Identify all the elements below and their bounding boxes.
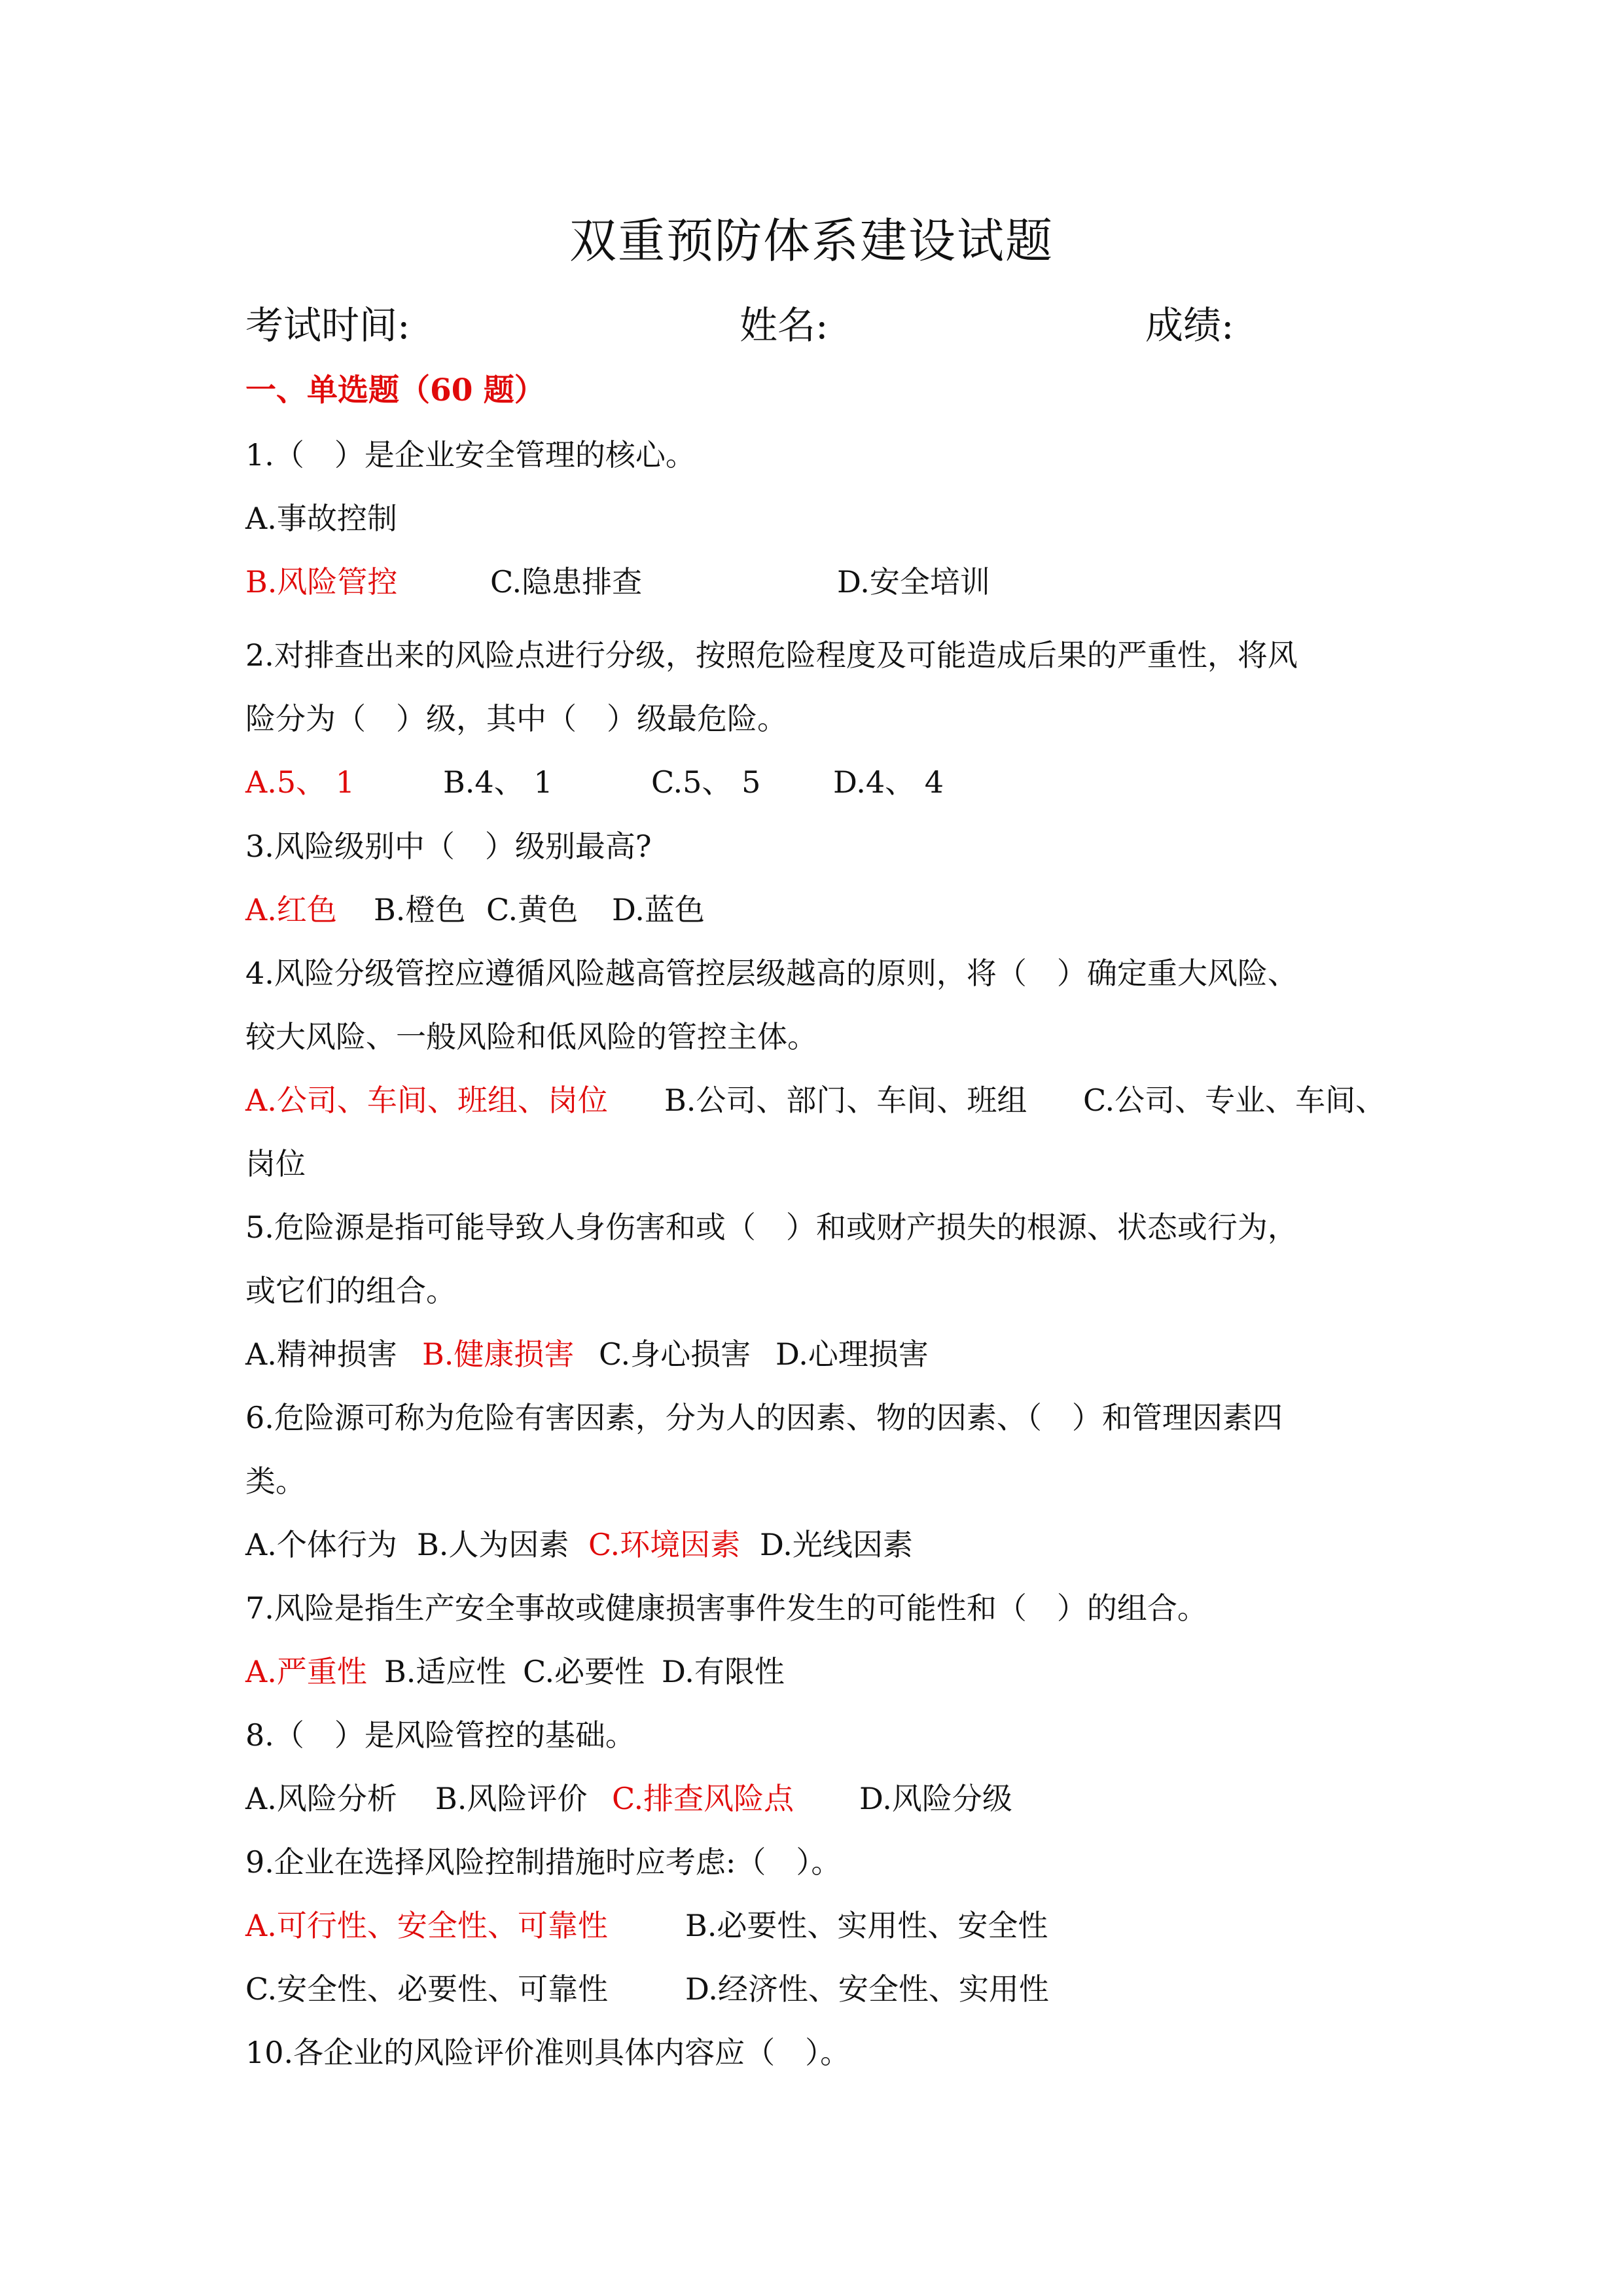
question-9-options-line-1: A.可行性、安全性、可靠性B.必要性、实用性、安全性 xyxy=(245,1903,1048,1948)
question-6-options: A.个体行为B.人为因素C.环境因素D.光线因素 xyxy=(245,1522,913,1568)
option-5-b-correct: B.健康损害 xyxy=(422,1331,599,1377)
option-3-a-correct: A.红色 xyxy=(245,887,374,933)
question-8-stem: 8.（ ）是风险管控的基础。 xyxy=(245,1712,635,1758)
option-6-d: D.光线因素 xyxy=(760,1522,913,1568)
option-7-b: B.适应性 xyxy=(384,1649,523,1695)
exam-info-row: 考试时间: 姓名: 成绩: xyxy=(245,296,1423,355)
option-5-a: A.精神损害 xyxy=(245,1331,422,1377)
option-2-a-correct: A.5、 1 xyxy=(245,759,443,805)
option-1-b-correct: B.风险管控 xyxy=(245,559,490,605)
option-1-c: C.隐患排查 xyxy=(490,559,837,605)
option-4-b: B.公司、部门、车间、班组 xyxy=(664,1077,1083,1123)
question-4-stem-line-1: 4.风险分级管控应遵循风险越高管控层级越高的原则，将（ ）确定重大风险、 xyxy=(245,950,1298,996)
score-label: 成绩: xyxy=(1145,296,1234,355)
document-title: 双重预防体系建设试题 xyxy=(0,208,1623,274)
option-9-d: D.经济性、安全性、实用性 xyxy=(685,1966,1049,2012)
option-7-d: D.有限性 xyxy=(662,1649,785,1695)
name-label: 姓名: xyxy=(740,296,829,355)
option-7-c: C.必要性 xyxy=(523,1649,662,1695)
question-3-options: A.红色B.橙色C.黄色D.蓝色 xyxy=(245,887,705,933)
exam-time-label: 考试时间: xyxy=(245,296,410,355)
option-6-b: B.人为因素 xyxy=(417,1522,588,1568)
question-5-stem-line-1: 5.危险源是指可能导致人身伤害和或（ ）和或财产损失的根源、状态或行为， xyxy=(245,1204,1298,1250)
option-8-d: D.风险分级 xyxy=(859,1776,1012,1821)
option-4-a-correct: A.公司、车间、班组、岗位 xyxy=(245,1077,664,1123)
question-4-options-line-1: A.公司、车间、班组、岗位B.公司、部门、车间、班组C.公司、专业、车间、 xyxy=(245,1077,1385,1123)
question-7-stem: 7.风险是指生产安全事故或健康损害事件发生的可能性和（ ）的组合。 xyxy=(245,1585,1207,1631)
question-10-stem: 10.各企业的风险评价准则具体内容应（ ）。 xyxy=(245,2030,850,2075)
question-6-stem-line-2: 类。 xyxy=(245,1458,306,1504)
question-9-stem: 9.企业在选择风险控制措施时应考虑:（ ）。 xyxy=(245,1839,841,1885)
option-1-a: A.事故控制 xyxy=(245,495,397,541)
question-4-stem-line-2: 较大风险、一般风险和低风险的管控主体。 xyxy=(245,1014,817,1060)
option-2-c: C.5、 5 xyxy=(651,759,833,805)
option-7-a-correct: A.严重性 xyxy=(245,1649,384,1695)
section-heading: 一、单选题（60 题） xyxy=(245,368,545,414)
question-5-stem-line-2: 或它们的组合。 xyxy=(245,1268,456,1314)
question-4-options-line-2: 岗位 xyxy=(245,1141,306,1187)
option-5-c: C.身心损害 xyxy=(599,1331,776,1377)
option-9-c: C.安全性、必要性、可靠性 xyxy=(245,1966,685,2012)
question-2-stem-line-2: 险分为（ ）级，其中（ ）级最危险。 xyxy=(245,696,787,742)
question-2-stem-line-1: 2.对排查出来的风险点进行分级，按照危险程度及可能造成后果的严重性，将风 xyxy=(245,632,1298,678)
option-9-b: B.必要性、实用性、安全性 xyxy=(685,1903,1048,1948)
option-2-d: D.4、 4 xyxy=(833,759,944,805)
question-8-options: A.风险分析B.风险评价C.排查风险点D.风险分级 xyxy=(245,1776,1012,1821)
option-4-c: C.公司、专业、车间、 xyxy=(1083,1077,1385,1123)
option-3-d: D.蓝色 xyxy=(612,887,705,933)
option-8-b: B.风险评价 xyxy=(435,1776,612,1821)
option-6-c-correct: C.环境因素 xyxy=(588,1522,760,1568)
option-5-d: D.心理损害 xyxy=(776,1331,929,1377)
question-3-stem: 3.风险级别中（ ）级别最高? xyxy=(245,823,652,869)
question-2-options: A.5、 1B.4、 1C.5、 5D.4、 4 xyxy=(245,759,944,805)
question-7-options: A.严重性B.适应性C.必要性D.有限性 xyxy=(245,1649,785,1695)
option-3-b: B.橙色 xyxy=(374,887,486,933)
option-3-c: C.黄色 xyxy=(486,887,612,933)
question-1-options-line-2: B.风险管控C.隐患排查D.安全培训 xyxy=(245,559,990,605)
question-1-stem: 1.（ ）是企业安全管理的核心。 xyxy=(245,432,696,478)
option-1-d: D.安全培训 xyxy=(837,559,990,605)
question-5-options: A.精神损害B.健康损害C.身心损害D.心理损害 xyxy=(245,1331,929,1377)
option-9-a-correct: A.可行性、安全性、可靠性 xyxy=(245,1903,685,1948)
option-8-c-correct: C.排查风险点 xyxy=(612,1776,859,1821)
question-6-stem-line-1: 6.危险源可称为危险有害因素，分为人的因素、物的因素、（ ）和管理因素四 xyxy=(245,1395,1283,1441)
exam-page: 双重预防体系建设试题 考试时间: 姓名: 成绩: 一、单选题（60 题） 1.（… xyxy=(0,0,1623,2296)
option-2-b: B.4、 1 xyxy=(443,759,651,805)
question-1-options-line-1: A.事故控制 xyxy=(245,495,397,541)
option-6-a: A.个体行为 xyxy=(245,1522,417,1568)
question-9-options-line-2: C.安全性、必要性、可靠性D.经济性、安全性、实用性 xyxy=(245,1966,1049,2012)
option-8-a: A.风险分析 xyxy=(245,1776,435,1821)
